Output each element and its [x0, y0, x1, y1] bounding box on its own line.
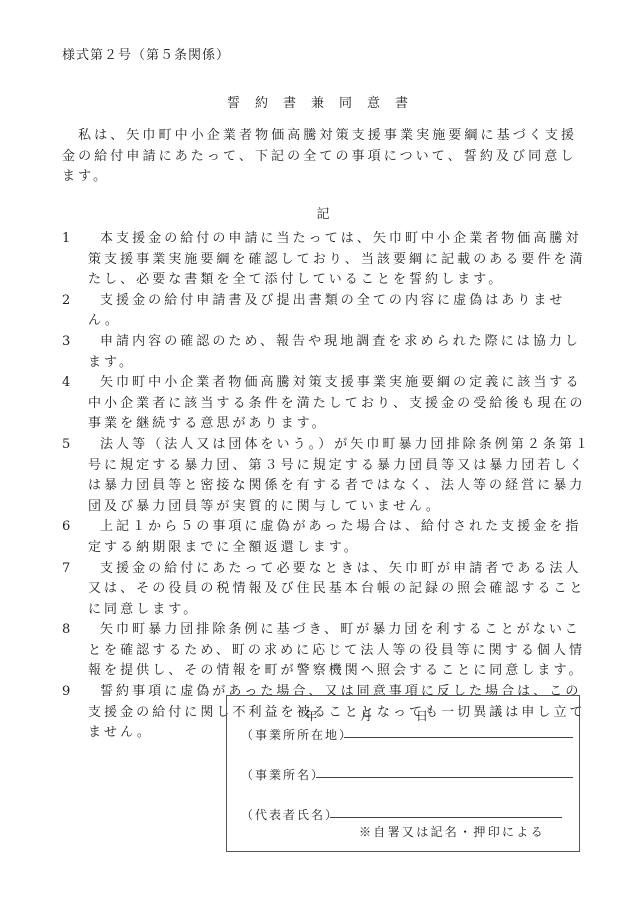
item-number: 5: [62, 435, 76, 517]
item-text: 矢巾町暴力団排除条例に基づき、町が暴力団を利することがないことを確認するため、町…: [76, 620, 592, 682]
date-year-label: 年: [305, 707, 317, 724]
item-text: 上記１から５の事項に虚偽があった場合は、給付された支援金を指定する納期限までに全…: [76, 517, 592, 558]
item-number: 7: [62, 559, 76, 621]
item-number: 6: [62, 517, 76, 558]
signature-box: 年 月 日 （事業所所在地） （事業所名） （代表者氏名） ※自署又は記名・押印…: [226, 695, 580, 852]
pledge-item-4: 4 矢巾町中小企業者物価高騰対策支援事業実施要綱の定義に該当する中小企業者に該当…: [62, 373, 592, 435]
representative-name-label: （代表者氏名）: [241, 806, 339, 823]
item-number: 2: [62, 291, 76, 332]
item-text: 矢巾町中小企業者物価高騰対策支援事業実施要綱の定義に該当する中小企業者に該当する…: [76, 373, 592, 435]
business-name-label: （事業所名）: [241, 766, 325, 783]
item-number: 4: [62, 373, 76, 435]
item-text: 本支援金の給付の申請に当たっては、矢巾町中小企業者物価高騰対策支援事業実施要綱を…: [76, 229, 592, 291]
item-number: 8: [62, 620, 76, 682]
item-number: 3: [62, 332, 76, 373]
consent-document: 様式第２号（第５条関係） 誓約書兼同意書 私は、矢巾町中小企業者物価高騰対策支援…: [0, 0, 630, 903]
item-text: 申請内容の確認のため、報告や現地調査を求められた際には協力します。: [76, 332, 592, 373]
intro-paragraph: 私は、矢巾町中小企業者物価高騰対策支援事業実施要綱に基づく支援金の給付申請にあた…: [62, 126, 582, 188]
date-day-label: 日: [416, 707, 428, 724]
business-address-field[interactable]: [344, 737, 573, 738]
item-text: 支援金の給付申請書及び提出書類の全ての内容に虚偽はありません。: [76, 291, 592, 332]
pledge-item-3: 3 申請内容の確認のため、報告や現地調査を求められた際には協力します。: [62, 332, 592, 373]
pledge-list: 1 本支援金の給付の申請に当たっては、矢巾町中小企業者物価高騰対策支援事業実施要…: [62, 229, 592, 744]
form-number: 様式第２号（第５条関係）: [62, 44, 230, 63]
signature-note: ※自署又は記名・押印による: [359, 823, 545, 840]
pledge-item-2: 2 支援金の給付申請書及び提出書類の全ての内容に虚偽はありません。: [62, 291, 592, 332]
item-number: 1: [62, 229, 76, 291]
ki-heading: 記: [0, 203, 630, 222]
pledge-item-1: 1 本支援金の給付の申請に当たっては、矢巾町中小企業者物価高騰対策支援事業実施要…: [62, 229, 592, 291]
date-month-label: 月: [360, 707, 372, 724]
representative-name-field[interactable]: [330, 817, 562, 818]
item-number: 9: [62, 682, 76, 744]
document-title: 誓約書兼同意書: [0, 92, 630, 111]
pledge-item-5: 5 法人等（法人又は団体をいう。）が矢巾町暴力団排除条例第２条第１号に規定する暴…: [62, 435, 592, 517]
business-name-field[interactable]: [316, 777, 573, 778]
item-text: 支援金の給付にあたって必要なときは、矢巾町が申請者である法人又は、その役員の税情…: [76, 559, 592, 621]
pledge-item-6: 6 上記１から５の事項に虚偽があった場合は、給付された支援金を指定する納期限まで…: [62, 517, 592, 558]
item-text: 法人等（法人又は団体をいう。）が矢巾町暴力団排除条例第２条第１号に規定する暴力団…: [76, 435, 592, 517]
pledge-item-7: 7 支援金の給付にあたって必要なときは、矢巾町が申請者である法人又は、その役員の…: [62, 559, 592, 621]
pledge-item-8: 8 矢巾町暴力団排除条例に基づき、町が暴力団を利することがないことを確認するため…: [62, 620, 592, 682]
business-address-label: （事業所所在地）: [241, 726, 353, 743]
